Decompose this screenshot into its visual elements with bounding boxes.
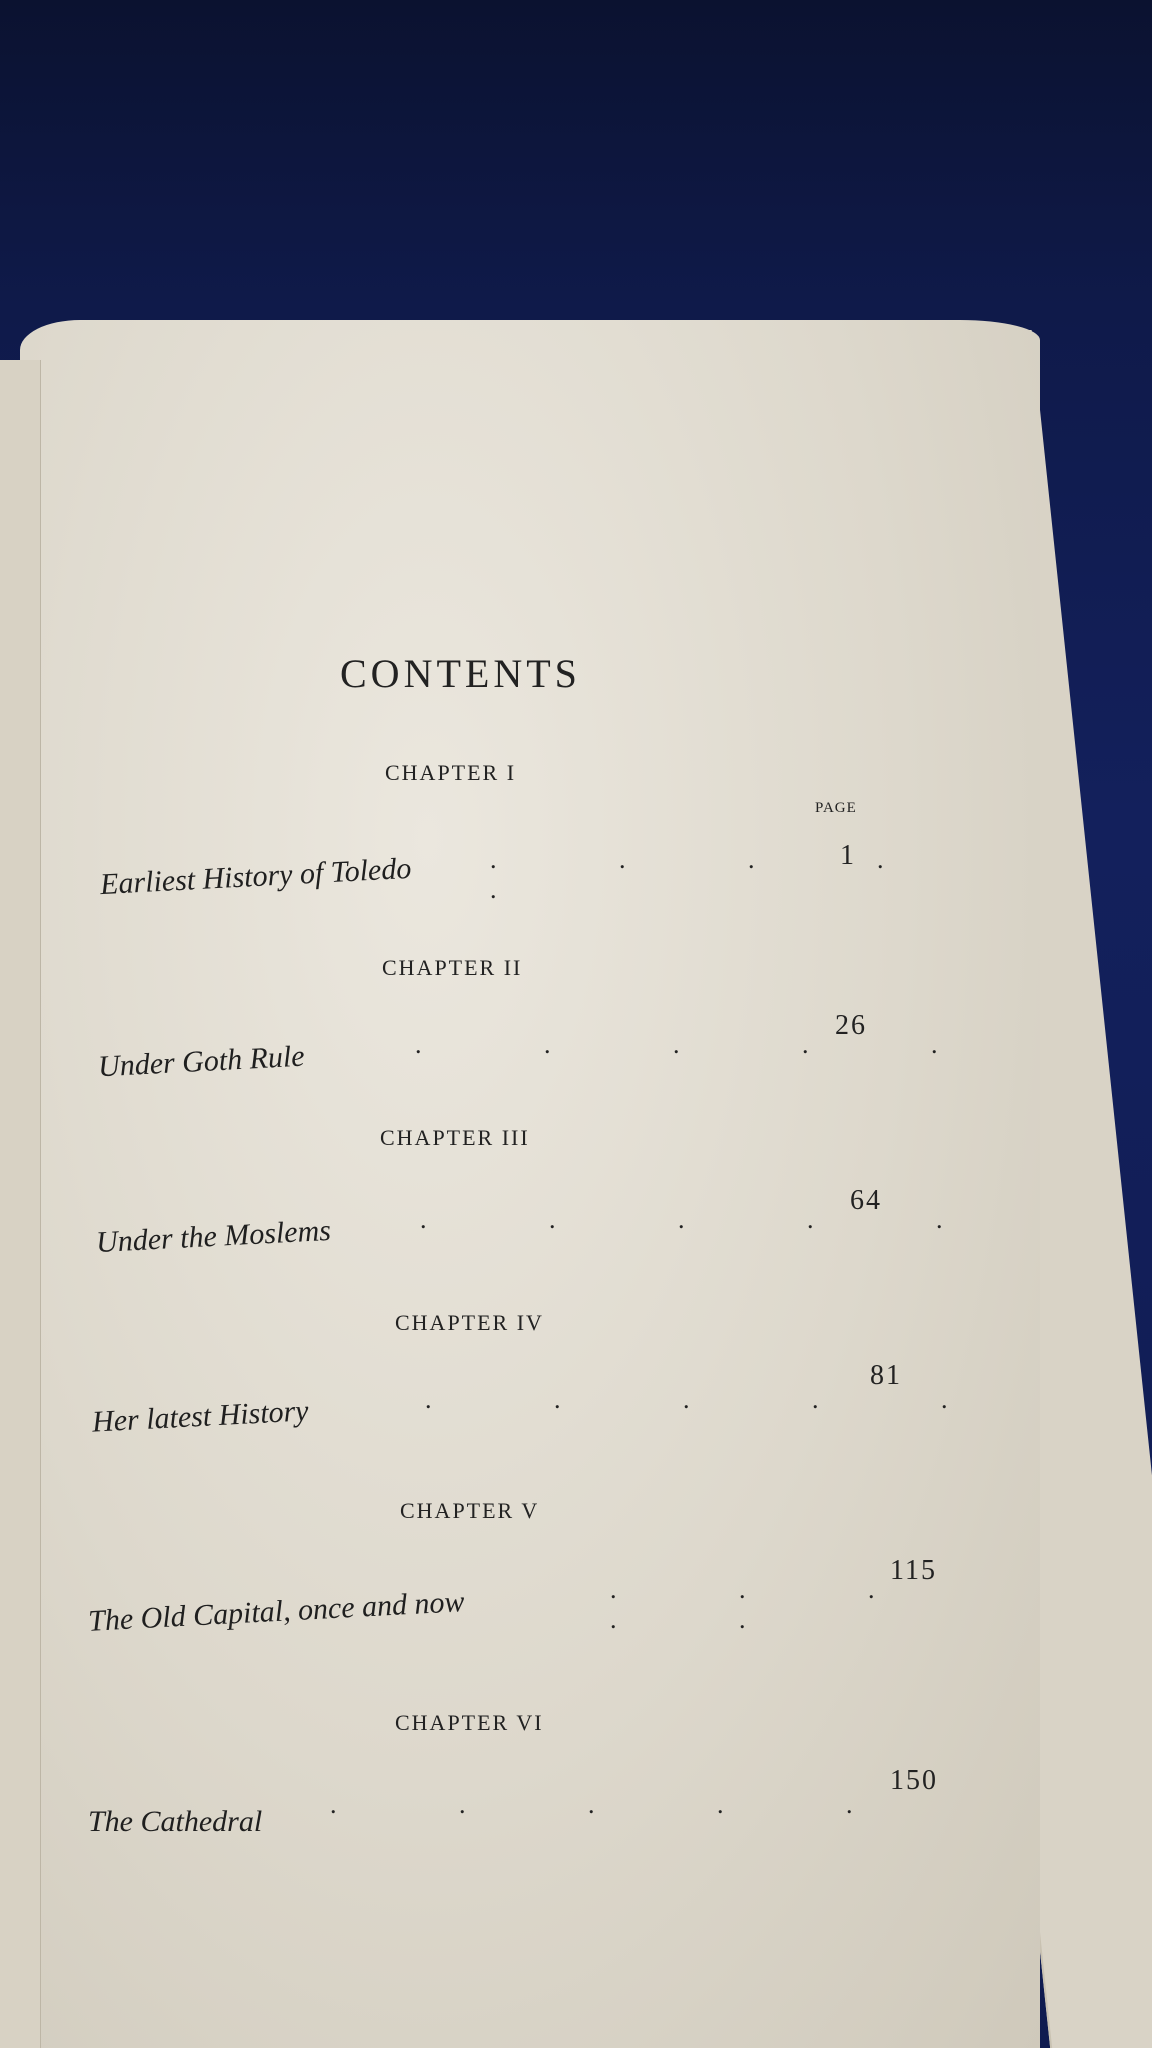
- chapter-heading: CHAPTER VI: [395, 1710, 544, 1736]
- page-column-label: PAGE: [815, 800, 857, 817]
- entry-title: Her latest History: [91, 1394, 309, 1439]
- entry-title: The Cathedral: [88, 1805, 262, 1839]
- chapter-heading: CHAPTER II: [382, 955, 522, 981]
- left-page-edge: [0, 360, 41, 2048]
- page-title: CONTENTS: [340, 650, 581, 697]
- leader-dots: . . . . .: [415, 1030, 996, 1060]
- chapter-heading: CHAPTER V: [400, 1498, 539, 1524]
- chapter-heading: CHAPTER III: [380, 1125, 530, 1151]
- page-number: 150: [890, 1765, 938, 1797]
- leader-dots: . . . . .: [490, 845, 1040, 905]
- leader-dots: . . . . .: [330, 1790, 911, 1820]
- page-number: 115: [890, 1555, 937, 1587]
- entry-title: Under Goth Rule: [97, 1040, 305, 1085]
- entry-title: The Old Capital, once and now: [87, 1585, 465, 1639]
- entry-title: Earliest History of Toledo: [99, 852, 412, 902]
- chapter-heading: CHAPTER I: [385, 760, 516, 786]
- page-number: 64: [850, 1185, 882, 1217]
- contents-page: CONTENTS PAGE CHAPTER I Earliest History…: [20, 320, 1040, 2048]
- page-number: 26: [835, 1010, 867, 1042]
- page-number: 81: [870, 1360, 902, 1392]
- entry-title: Under the Moslems: [95, 1214, 331, 1260]
- leader-dots: . . . . .: [425, 1385, 1006, 1415]
- open-book: CONTENTS PAGE CHAPTER I Earliest History…: [0, 320, 1152, 2048]
- leader-dots: . . . . .: [610, 1575, 1040, 1635]
- chapter-heading: CHAPTER IV: [395, 1310, 544, 1336]
- leader-dots: . . . . .: [420, 1205, 1001, 1235]
- page-number: 1: [840, 840, 856, 872]
